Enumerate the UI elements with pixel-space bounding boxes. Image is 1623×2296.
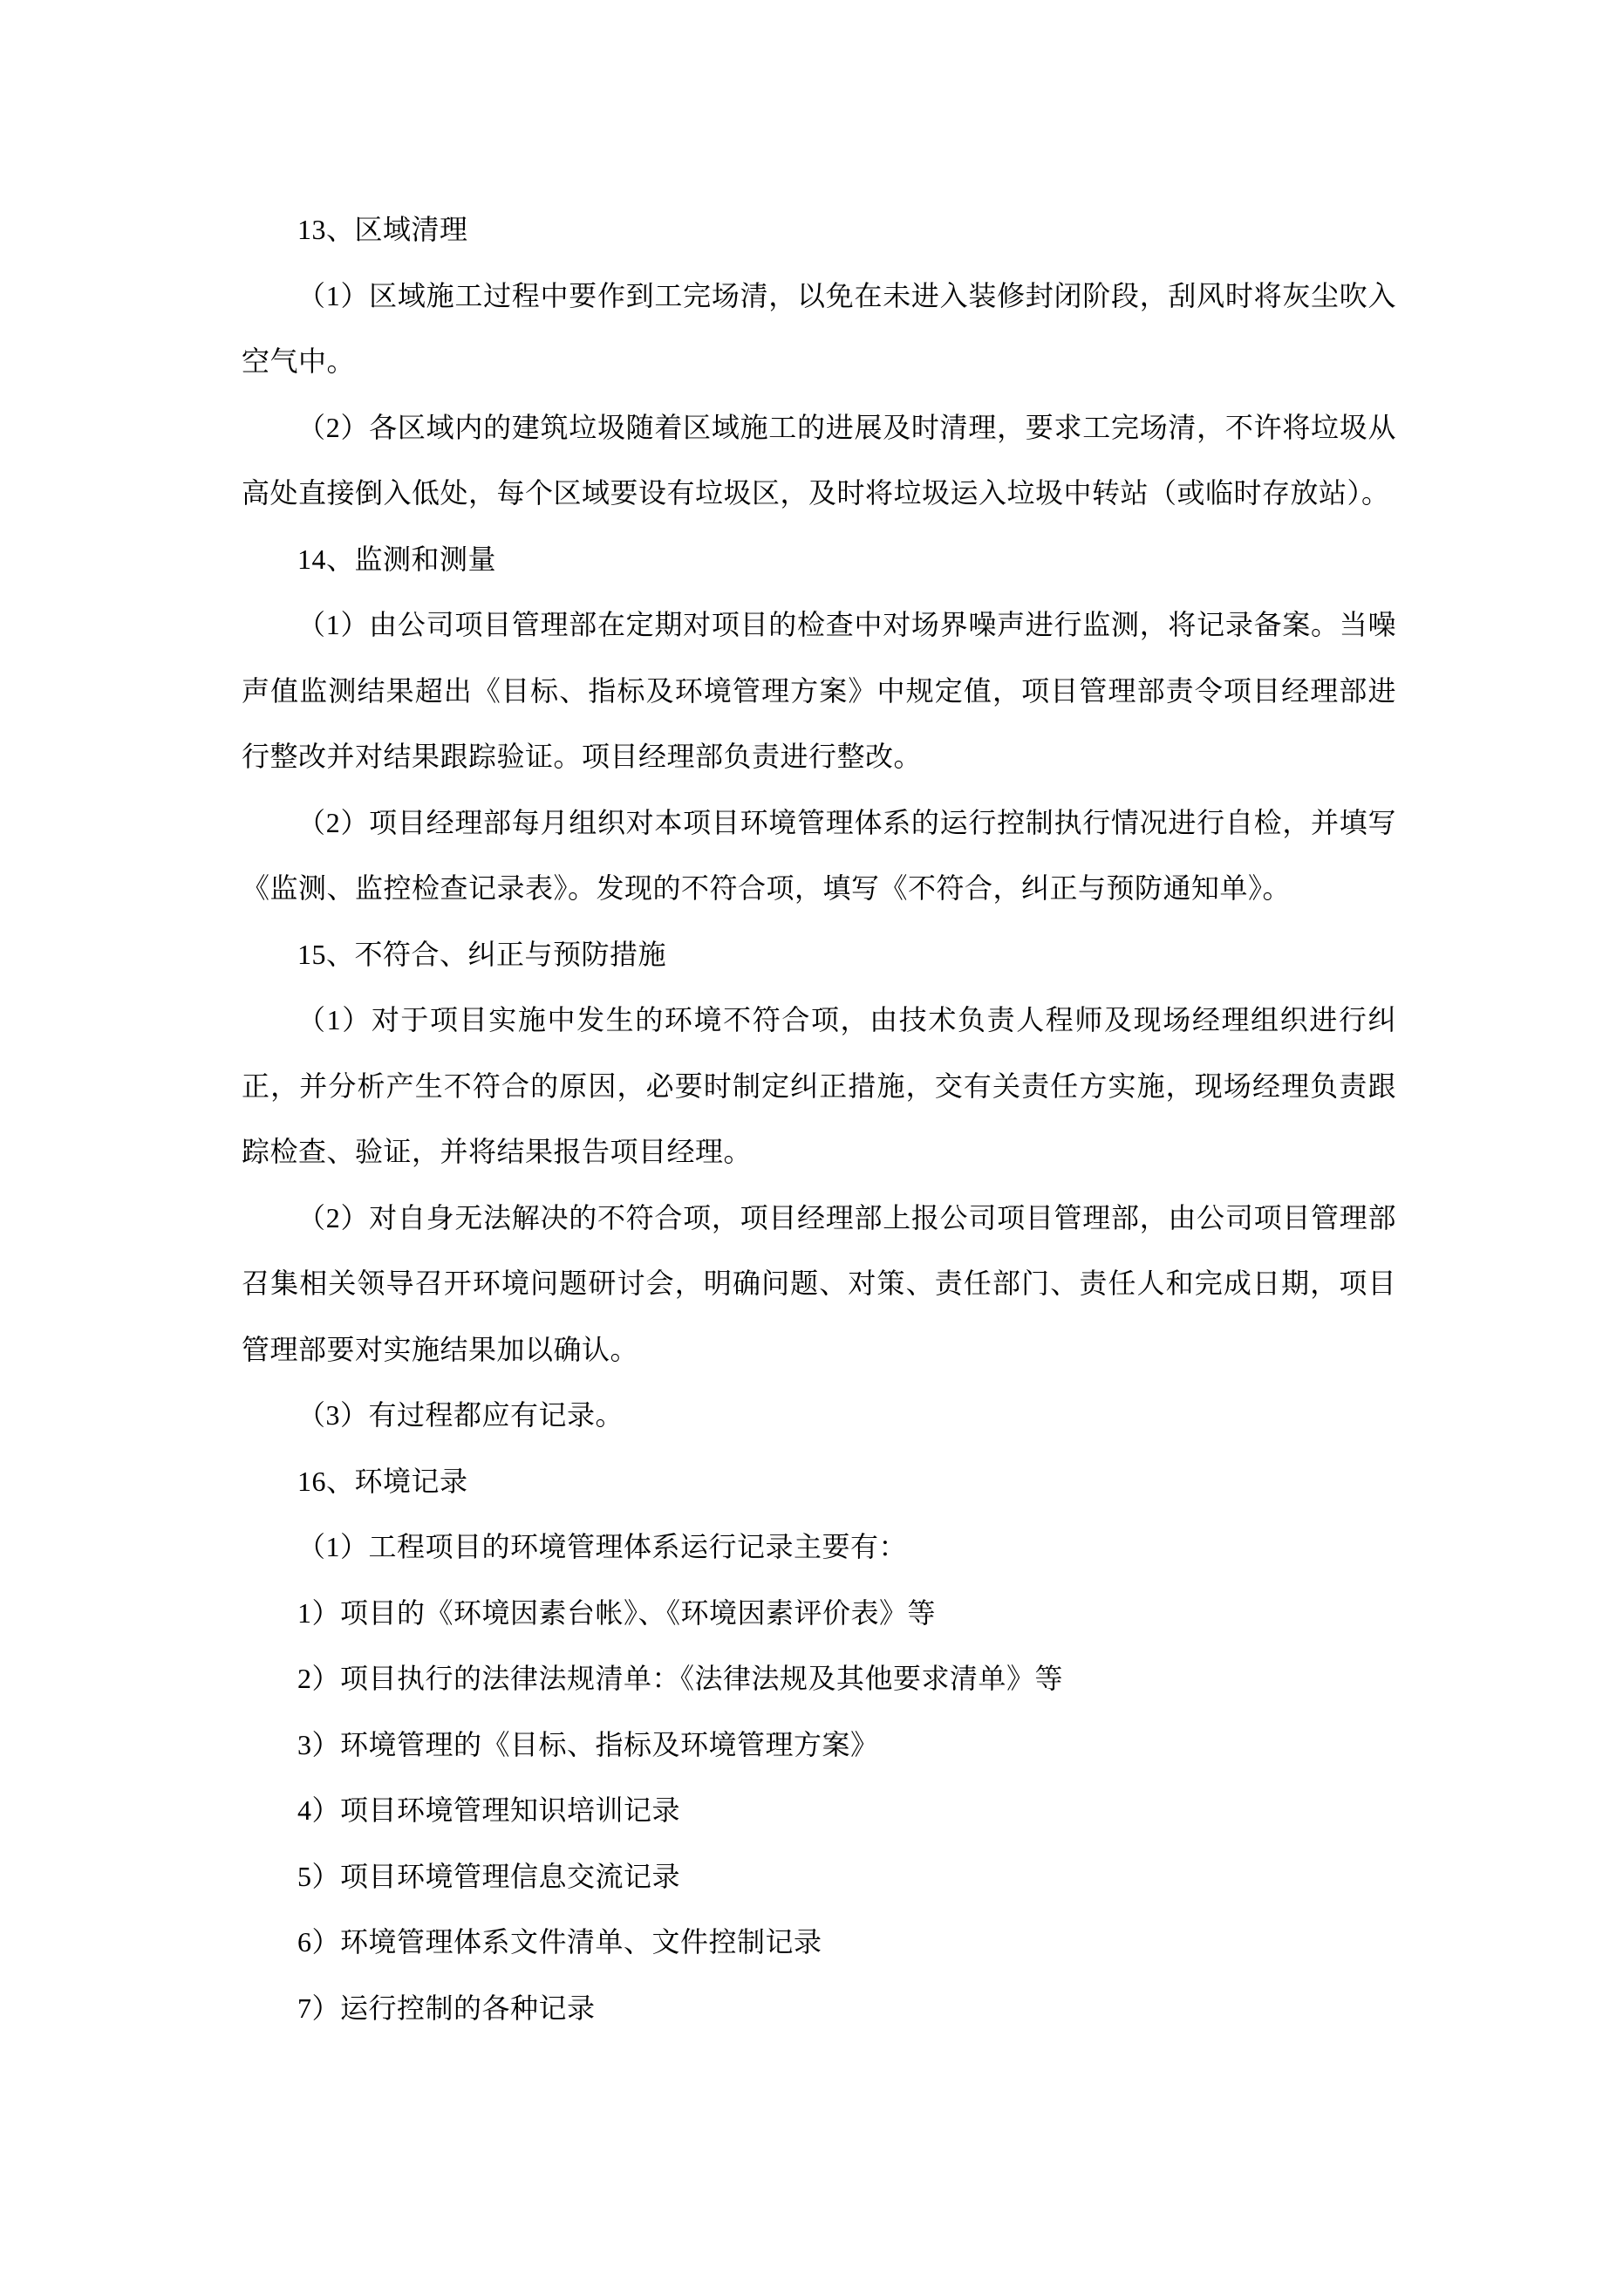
paragraph: 13、区域清理 xyxy=(242,197,1396,263)
paragraph: 5）项目环境管理信息交流记录 xyxy=(242,1844,1396,1910)
paragraph: 2）项目执行的法律法规清单：《法律法规及其他要求清单》等 xyxy=(242,1646,1396,1712)
paragraph: （1）由公司项目管理部在定期对项目的检查中对场界噪声进行监测，将记录备案。当噪声… xyxy=(242,592,1396,790)
paragraph: （3）有过程都应有记录。 xyxy=(242,1383,1396,1449)
paragraph: 7）运行控制的各种记录 xyxy=(242,1976,1396,2042)
paragraph: 15、不符合、纠正与预防措施 xyxy=(242,922,1396,988)
paragraph: 3）环境管理的《目标、指标及环境管理方案》 xyxy=(242,1712,1396,1779)
paragraph: 1）项目的《环境因素台帐》、《环境因素评价表》等 xyxy=(242,1581,1396,1647)
paragraph: （1）对于项目实施中发生的环境不符合项，由技术负责人程师及现场经理组织进行纠正，… xyxy=(242,987,1396,1186)
document-page: 13、区域清理（1）区域施工过程中要作到工完场清，以免在未进入装修封闭阶段，刮风… xyxy=(0,0,1623,2296)
paragraph: （2）对自身无法解决的不符合项，项目经理部上报公司项目管理部，由公司项目管理部召… xyxy=(242,1186,1396,1384)
paragraph: 6）环境管理体系文件清单、文件控制记录 xyxy=(242,1910,1396,1976)
paragraph: （1）区域施工过程中要作到工完场清，以免在未进入装修封闭阶段，刮风时将灰尘吹入空… xyxy=(242,263,1396,395)
document-body: 13、区域清理（1）区域施工过程中要作到工完场清，以免在未进入装修封闭阶段，刮风… xyxy=(242,197,1396,2041)
paragraph: （2）项目经理部每月组织对本项目环境管理体系的运行控制执行情况进行自检，并填写《… xyxy=(242,790,1396,922)
paragraph: （1）工程项目的环境管理体系运行记录主要有： xyxy=(242,1514,1396,1581)
paragraph: 16、环境记录 xyxy=(242,1449,1396,1515)
paragraph: 14、监测和测量 xyxy=(242,527,1396,593)
paragraph: （2）各区域内的建筑垃圾随着区域施工的进展及时清理，要求工完场清，不许将垃圾从高… xyxy=(242,395,1396,527)
paragraph: 4）项目环境管理知识培训记录 xyxy=(242,1778,1396,1844)
